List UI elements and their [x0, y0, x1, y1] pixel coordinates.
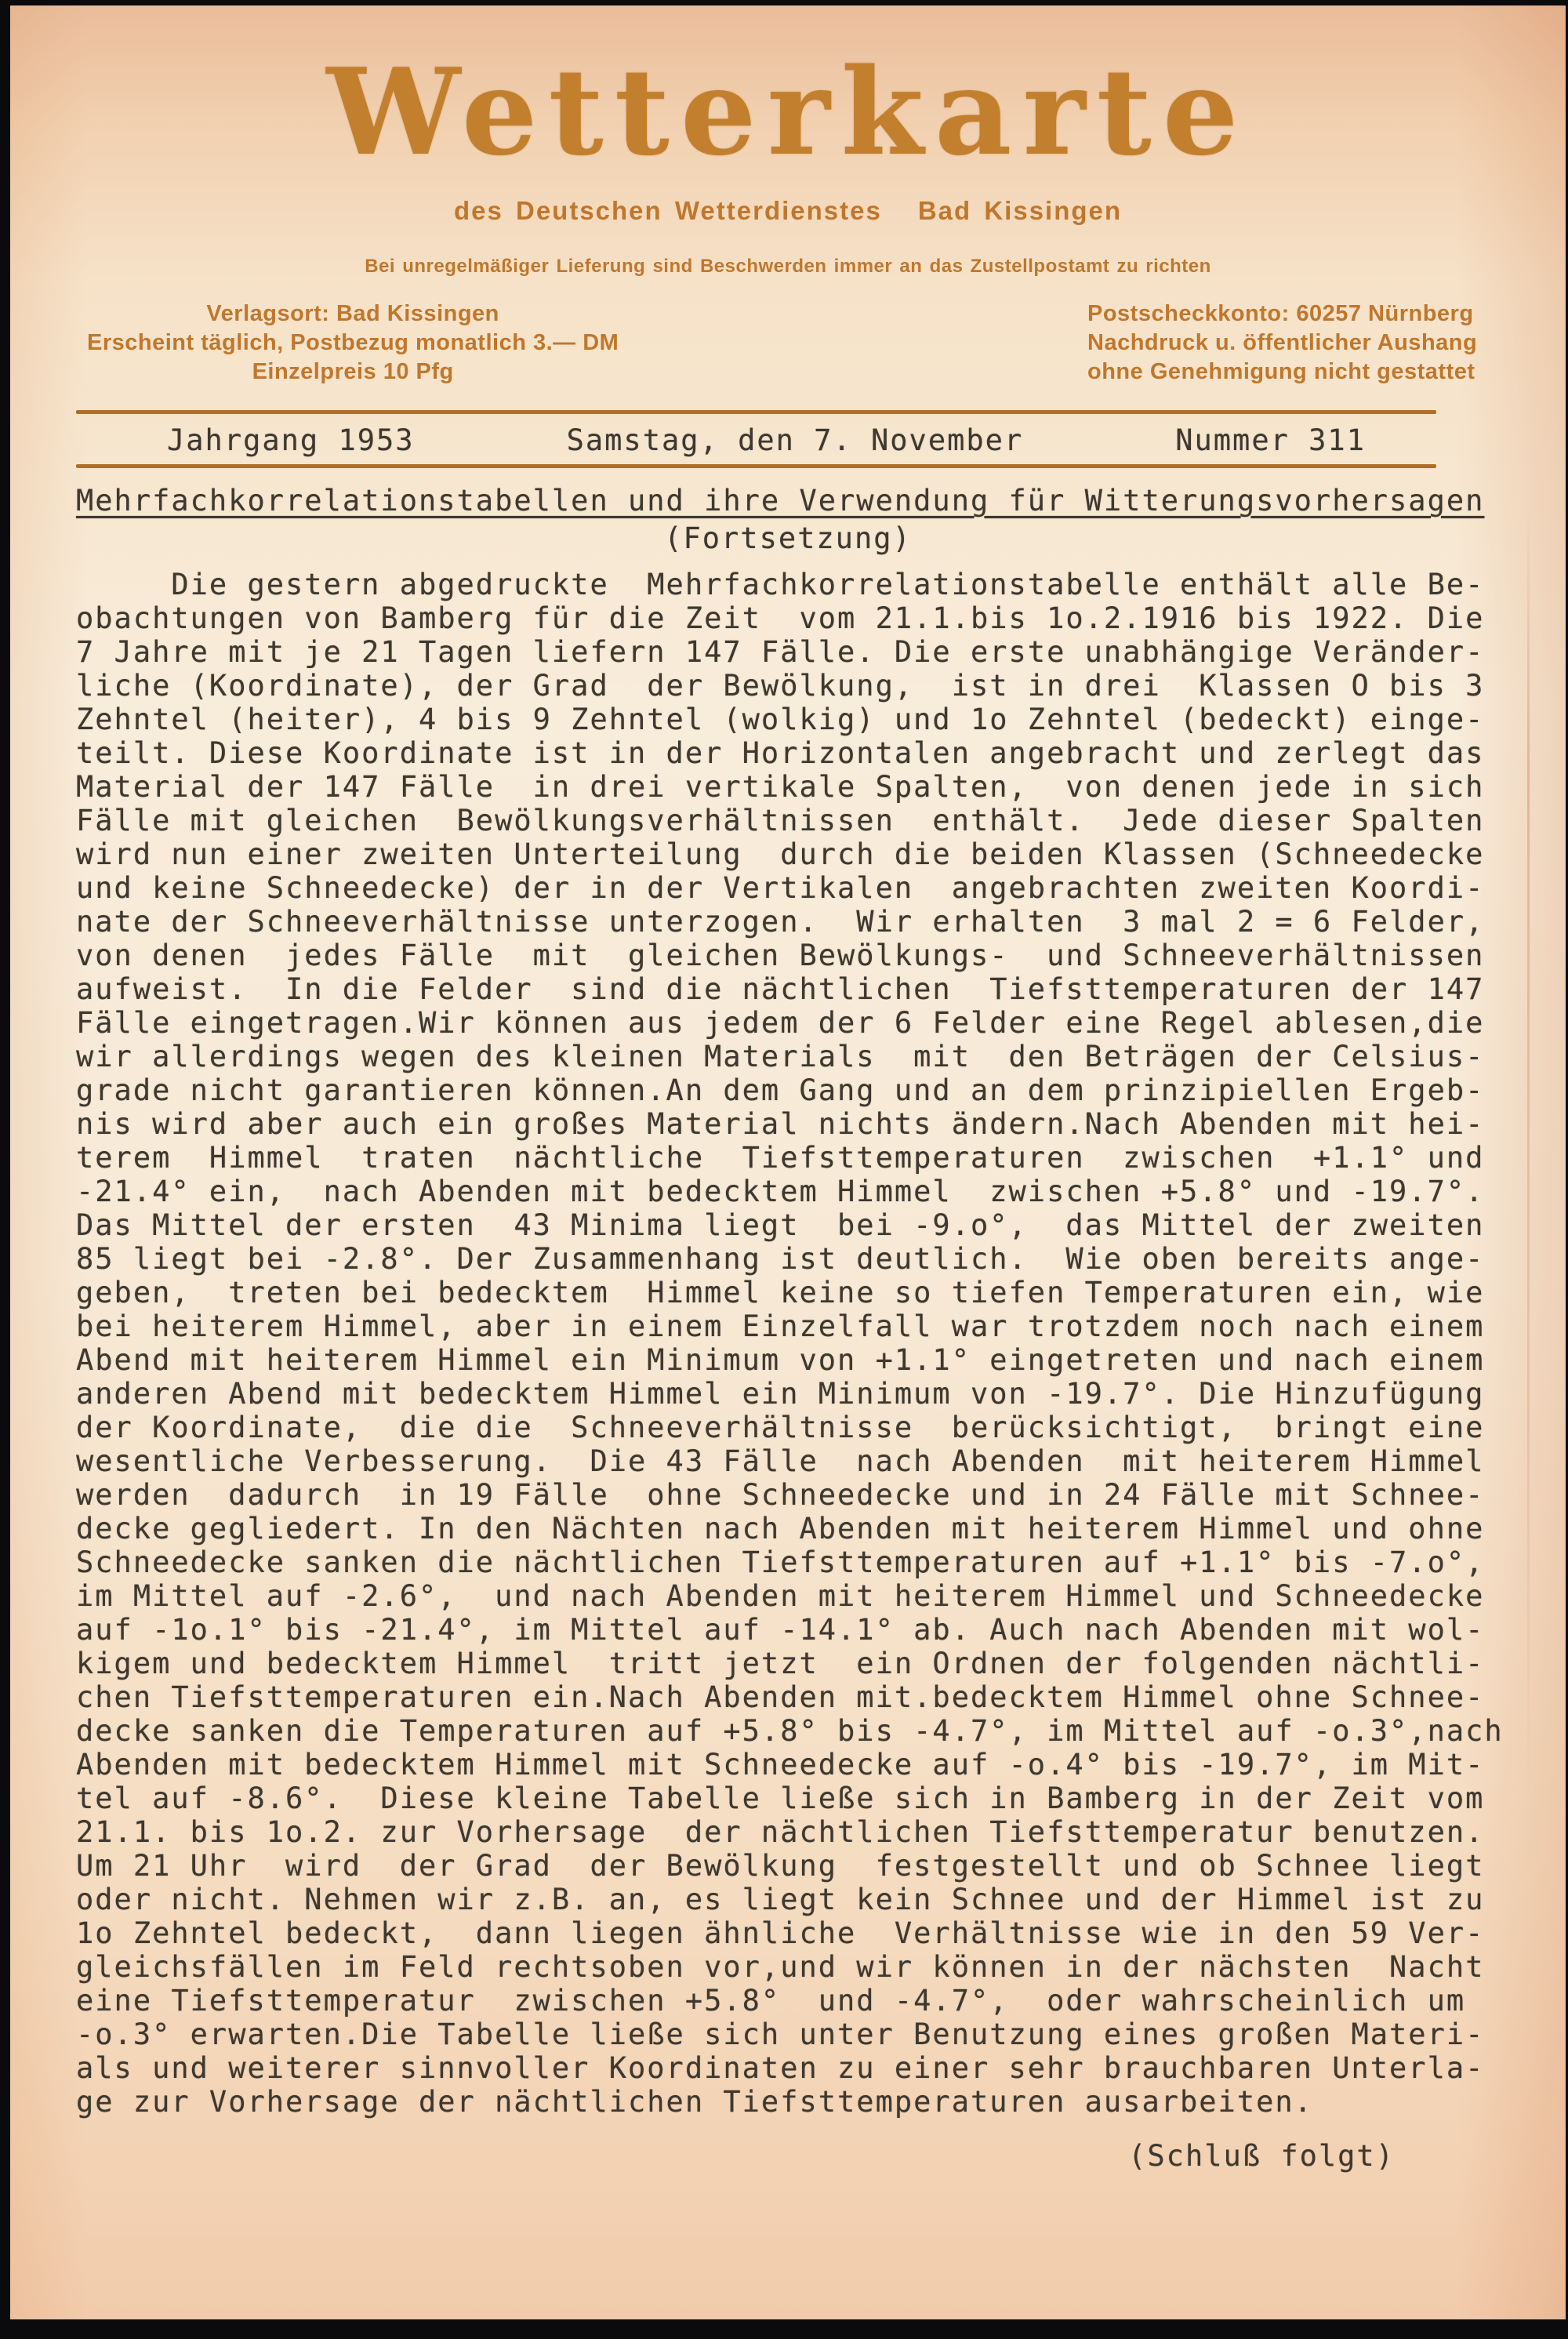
publisher-reprint-line: Nachdruck u. öffentlicher Aushang — [1087, 329, 1503, 358]
publisher-info-row: Verlagsort: Bad Kissingen Erscheint tägl… — [10, 300, 1566, 387]
article-closing: (Schluß folgt) — [10, 2139, 1566, 2173]
publisher-price-line: Einzelpreis 10 Pfg — [87, 358, 619, 387]
publisher-place-line: Verlagsort: Bad Kissingen — [87, 300, 619, 329]
page-title: Wetterkarte — [10, 46, 1566, 177]
publisher-permission-line: ohne Genehmigung nicht gestattet — [1087, 358, 1503, 387]
scanned-page: Wetterkarte des Deutschen Wetterdienstes… — [10, 5, 1566, 2319]
paper-crease — [1527, 507, 1530, 1801]
article-title: Mehrfachkorrelationstabellen und ihre Ve… — [10, 484, 1566, 518]
delivery-notice: Bei unregelmäßiger Lieferung sind Beschw… — [10, 256, 1566, 278]
masthead-subtitle: des Deutschen WetterdienstesBad Kissinge… — [10, 196, 1566, 226]
publisher-subscription-line: Erscheint täglich, Postbezug monatlich 3… — [87, 329, 619, 358]
publisher-account-line: Postscheckkonto: 60257 Nürnberg — [1087, 300, 1503, 329]
masthead-organization: des Deutschen Wetterdienstes — [454, 196, 882, 225]
divider-rule-bottom — [76, 464, 1436, 468]
publisher-info-left: Verlagsort: Bad Kissingen Erscheint tägl… — [87, 300, 619, 387]
article-body-text: Die gestern abgedruckte Mehrfachkorrelat… — [10, 568, 1566, 2119]
publisher-info-right: Postscheckkonto: 60257 Nürnberg Nachdruc… — [1087, 300, 1503, 387]
dateline-date: Samstag, den 7. November — [567, 423, 1024, 457]
dateline-volume: Jahrgang 1953 — [167, 423, 415, 457]
masthead-location: Bad Kissingen — [918, 196, 1122, 225]
article-subtitle: (Fortsetzung) — [10, 521, 1566, 555]
masthead: Wetterkarte des Deutschen Wetterdienstes… — [10, 46, 1566, 387]
dateline-issue: Nummer 311 — [1175, 423, 1366, 457]
dateline: Jahrgang 1953 Samstag, den 7. November N… — [10, 414, 1566, 464]
article: Mehrfachkorrelationstabellen und ihre Ve… — [10, 484, 1566, 2173]
